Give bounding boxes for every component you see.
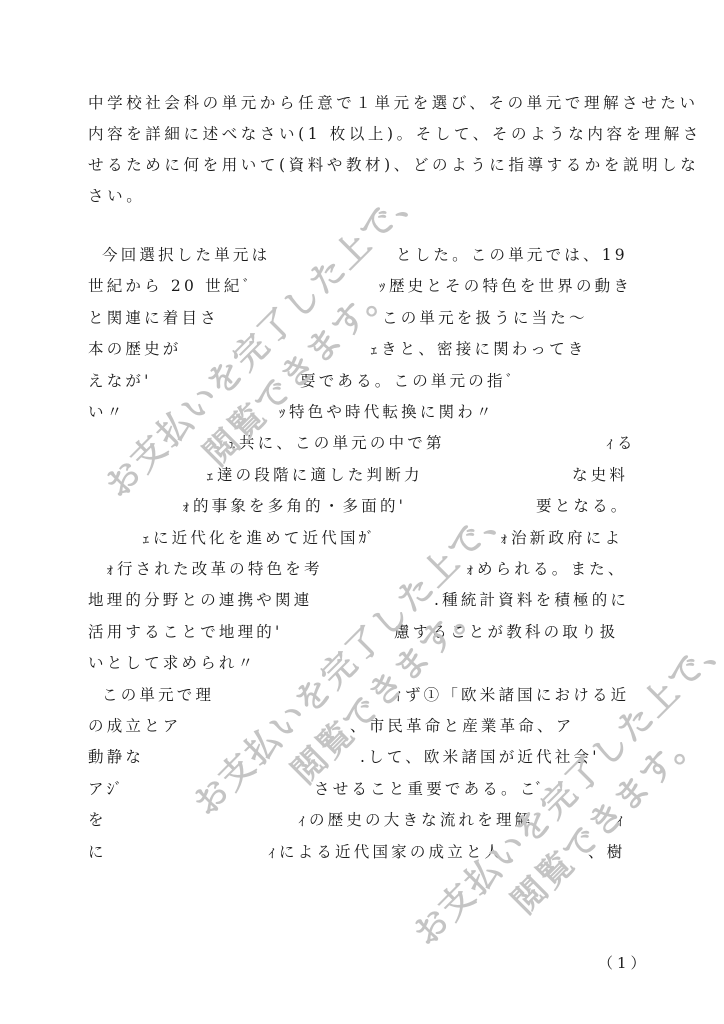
answer-text-fragment: を — [88, 805, 107, 835]
answer-text-fragment: 、樹 — [588, 837, 625, 867]
answer-text-fragment: ｯ歴史とその特色を世界の動き — [378, 271, 632, 301]
answer-text-fragment: ｫ行された改革の特色を考 — [106, 554, 323, 584]
answer-text-fragment: に — [88, 837, 107, 867]
answer-line: にｨによる近代国家の成立と人、樹 — [88, 837, 636, 867]
answer-line: い〃ｯ特色や時代転換に関わ〃 — [88, 397, 636, 427]
answer-text-fragment: ｪに近代化を進めて近代国ｶﾞ — [142, 523, 377, 553]
answer-text-fragment: させること重要である。こﾞ — [314, 774, 546, 804]
answer-line: えなが'要である。この単元の指ﾞ — [88, 366, 636, 396]
answer-text-fragment: 活用することで地理的' — [88, 617, 282, 647]
answer-text-fragment: ｨによる近代国家の成立と人 — [268, 837, 503, 867]
prompt-line: 中学校社会科の単元から任意で１単元を選び、その単元で理解させたい — [88, 88, 636, 118]
answer-line: アｼﾞさせること重要である。こﾞ — [88, 774, 636, 804]
answer-line: 地理的分野との連携や関連.種統計資料を積極的に — [88, 585, 636, 615]
answer-text-fragment: ｨの歴史の大きな流れを理解 — [298, 805, 533, 835]
answer-text-fragment: 要となる。 — [536, 491, 630, 521]
answer-text-fragment: ｨ — [616, 805, 627, 835]
page-number: （1） — [598, 952, 650, 973]
answer-line: をｨの歴史の大きな流れを理解ｨ — [88, 805, 636, 835]
answer-text-fragment: ｪ共に、この単元の中で第 — [228, 428, 445, 458]
answer-line: の成立とア、市民革命と産業革命、ア — [88, 711, 636, 741]
prompt-line: さい。 — [88, 181, 636, 211]
answer-text-fragment: ｪきと、密接に関わってき — [370, 334, 587, 364]
answer-line: 活用することで地理的'慮することが教科の取り扱 — [88, 617, 636, 647]
answer-text-fragment: の成立とア — [88, 711, 182, 741]
answer-text-fragment: い〃 — [88, 397, 125, 427]
answer-line: この単元で理ｨず①「欧米諸国における近 — [88, 680, 636, 710]
answer-text-fragment: この単元を扱うに当た〜 — [382, 303, 588, 333]
answer-line: 動静な.して、欧米諸国が近代社会' — [88, 742, 636, 772]
answer-text-fragment: ｫめられる。また、 — [466, 554, 627, 584]
answer-text-fragment: えなが' — [88, 366, 152, 396]
answer-text-fragment: ｯ特色や時代転換に関わ〃 — [278, 397, 495, 427]
answer-text-fragment: ｫ的事象を多角的・多面的' — [182, 491, 406, 521]
prompt-line: 内容を詳細に述べなさい(1 枚以上)。そして、そのような内容を理解さ — [88, 119, 636, 149]
answer-text-fragment: 今回選択した単元は — [102, 240, 270, 270]
answer-line: 世紀から 20 世紀ﾞｯ歴史とその特色を世界の動き — [88, 271, 636, 301]
answer-text-fragment: とした。この単元では、19 — [396, 240, 628, 270]
answer-line: と関連に着目さこの単元を扱うに当た〜 — [88, 303, 636, 333]
answer-line: ｪに近代化を進めて近代国ｶﾞｫ治新政府によ — [88, 523, 636, 553]
answer-text-fragment: 要である。この単元の指ﾞ — [300, 366, 517, 396]
answer-text-fragment: 、市民革命と産業革命、ア — [350, 711, 574, 741]
answer-line: 今回選択した単元はとした。この単元では、19 — [88, 240, 636, 270]
answer-text-fragment: と関連に着目さ — [88, 303, 219, 333]
answer-text-fragment: 慮することが教科の取り扱 — [394, 617, 618, 647]
answer-line: ｫ行された改革の特色を考ｫめられる。また、 — [88, 554, 636, 584]
answer-text-fragment: アｼﾞ — [88, 774, 125, 804]
answer-text-fragment: 動静な — [88, 742, 144, 772]
answer-text-fragment: いとして求められ〃 — [88, 648, 256, 678]
document-page: 中学校社会科の単元から任意で１単元を選び、その単元で理解させたい 内容を詳細に述… — [0, 0, 724, 1024]
answer-text-fragment: この単元で理 — [102, 680, 214, 710]
answer-line: ｪ達の段階に適した判断力な史料 — [88, 460, 636, 490]
answer-text-fragment: ｨず①「欧米諸国における近 — [394, 680, 629, 710]
prompt-line: せるために何を用いて(資料や教材)、どのように指導するかを説明しな — [88, 150, 636, 180]
answer-text-fragment: ｪ達の段階に適した判断力 — [206, 460, 423, 490]
answer-text-fragment: ｨる — [606, 428, 636, 458]
answer-text-fragment: 世紀から 20 世紀ﾞ — [88, 271, 254, 301]
answer-line: 本の歴史がｪきと、密接に関わってき — [88, 334, 636, 364]
answer-text-fragment: 本の歴史が — [88, 334, 182, 364]
answer-text-fragment: .種統計資料を積極的に — [434, 585, 629, 615]
answer-line: ｫ的事象を多角的・多面的'要となる。 — [88, 491, 636, 521]
answer-line: ｪ共に、この単元の中で第ｨる — [88, 428, 636, 458]
answer-line: いとして求められ〃 — [88, 648, 636, 678]
answer-text-fragment: な史料 — [572, 460, 628, 490]
answer-text-fragment: .して、欧米諸国が近代社会' — [360, 742, 600, 772]
answer-text-fragment: 地理的分野との連携や関連 — [88, 585, 312, 615]
answer-text-fragment: ｫ治新政府によ — [500, 523, 623, 553]
